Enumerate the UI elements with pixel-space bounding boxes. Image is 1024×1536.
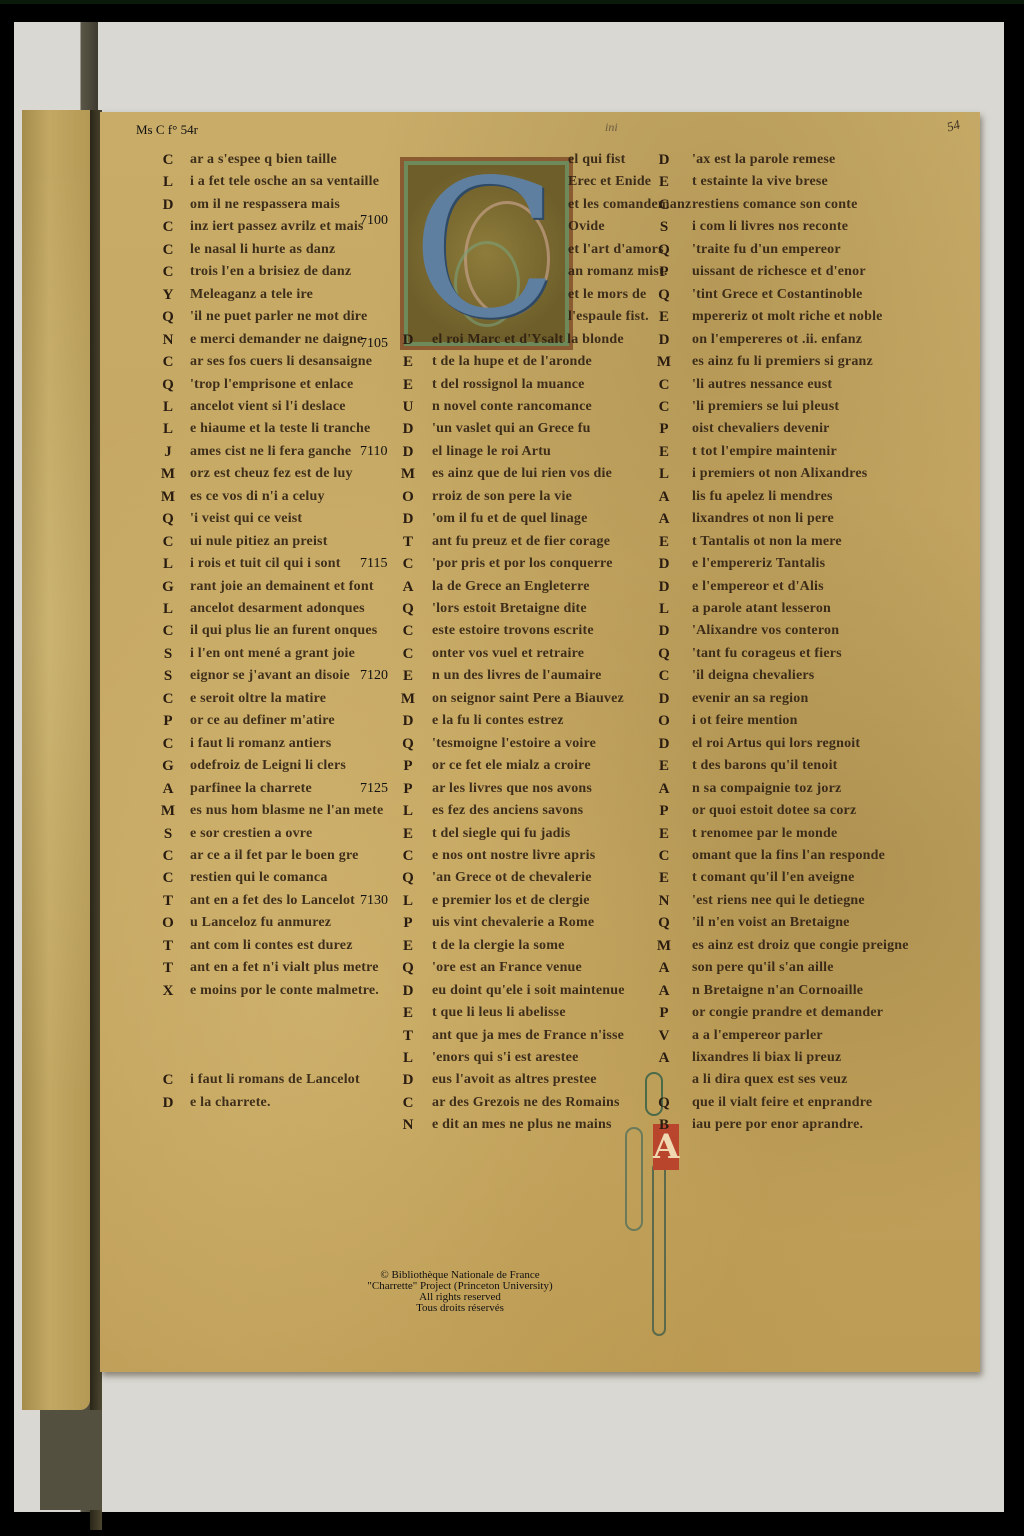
verse-text: el qui fist bbox=[568, 152, 625, 168]
verse-text: son pere qu'il s'an aille bbox=[692, 960, 834, 976]
verse-text: il qui plus lie an furent onques bbox=[190, 623, 377, 639]
verse-initial: C bbox=[160, 354, 176, 371]
verse-initial: C bbox=[160, 534, 176, 551]
verse-initial: A bbox=[400, 579, 416, 596]
verse-number: 7100 bbox=[360, 213, 388, 229]
verse-text: t del rossignol la muance bbox=[432, 377, 585, 393]
verse-text: e la fu li contes estrez bbox=[432, 713, 564, 729]
verse-initial: C bbox=[656, 197, 672, 214]
verse-initial: E bbox=[656, 534, 672, 551]
verse-initial: S bbox=[160, 826, 176, 843]
verse-text: el roi Marc et d'Ysalt la blonde bbox=[432, 332, 624, 348]
verse-text: 'ax est la parole remese bbox=[692, 152, 835, 168]
verse-text: et les comandemanz bbox=[568, 197, 691, 213]
verse-initial: E bbox=[400, 354, 416, 371]
verse-number: 7110 bbox=[360, 444, 387, 460]
verse-text: que il vialt feire et enprandre bbox=[692, 1095, 872, 1111]
verse-initial: Q bbox=[656, 287, 672, 304]
verse-initial: L bbox=[160, 174, 176, 191]
verse-text: uissant de richesce et d'enor bbox=[692, 264, 866, 280]
verse-number: 7120 bbox=[360, 668, 388, 684]
verse-text: lixandres ot non li pere bbox=[692, 511, 834, 527]
verse-text: eu doint qu'ele i soit maintenue bbox=[432, 983, 625, 999]
verse-text: 'ore est an France venue bbox=[432, 960, 582, 976]
verse-text: i a fet tele osche an sa ventaille bbox=[190, 174, 379, 190]
verse-text: 'an Grece ot de chevalerie bbox=[432, 870, 592, 886]
verse-text: es ainz est droiz que congie preigne bbox=[692, 938, 909, 954]
verse-text: este estoire trovons escrite bbox=[432, 623, 594, 639]
verse-text: restien qui le comanca bbox=[190, 870, 328, 886]
verse-initial: D bbox=[400, 444, 416, 461]
verse-text: ant com li contes est durez bbox=[190, 938, 353, 954]
gutter-shadow bbox=[40, 1410, 102, 1510]
verse-initial: L bbox=[160, 556, 176, 573]
verse-text: or ce fet ele mialz a croire bbox=[432, 758, 591, 774]
verse-text: el linage le roi Artu bbox=[432, 444, 551, 460]
verse-initial: J bbox=[160, 444, 176, 461]
verse-initial: Q bbox=[400, 601, 416, 618]
verse-initial: C bbox=[160, 219, 176, 236]
verse-number: 7105 bbox=[360, 336, 388, 352]
verse-text: an romanz mist. bbox=[568, 264, 668, 280]
verse-initial: Q bbox=[400, 736, 416, 753]
verse-text: i com li livres nos reconte bbox=[692, 219, 848, 235]
verse-text: e dit an mes ne plus ne mains bbox=[432, 1117, 612, 1133]
verse-initial: E bbox=[656, 826, 672, 843]
verse-text: ames cist ne li fera ganche bbox=[190, 444, 351, 460]
verse-initial: A bbox=[656, 781, 672, 798]
verse-initial: D bbox=[400, 1072, 416, 1089]
verse-text: es ce vos di n'i a celuy bbox=[190, 489, 325, 505]
verse-initial: C bbox=[160, 691, 176, 708]
copyright-notice: © Bibliothèque Nationale de France "Char… bbox=[340, 1270, 580, 1314]
verse-initial: E bbox=[656, 444, 672, 461]
verse-text: a a l'empereor parler bbox=[692, 1028, 823, 1044]
pen-flourish-icon bbox=[652, 1162, 666, 1336]
verse-text: parfinee la charrete bbox=[190, 781, 312, 797]
verse-text: inz iert passez avrilz et mais bbox=[190, 219, 364, 235]
verse-initial: E bbox=[656, 758, 672, 775]
verse-initial: Q bbox=[160, 309, 176, 326]
verse-text: i premiers ot non Alixandres bbox=[692, 466, 867, 482]
verse-text: omant que la fins l'an responde bbox=[692, 848, 885, 864]
verse-text: 'li autres nessance eust bbox=[692, 377, 832, 393]
verse-initial: D bbox=[160, 197, 176, 214]
verse-text: 'om il fu et de quel linage bbox=[432, 511, 588, 527]
verse-initial: C bbox=[656, 399, 672, 416]
verse-initial: L bbox=[400, 803, 416, 820]
verse-initial: G bbox=[160, 758, 176, 775]
verse-initial: V bbox=[656, 1028, 672, 1045]
verse-initial: N bbox=[400, 1117, 416, 1134]
verse-text: ui nule pitiez an preist bbox=[190, 534, 328, 550]
verse-initial: A bbox=[656, 960, 672, 977]
verse-text: ant en a fet n'i vialt plus metre bbox=[190, 960, 379, 976]
verse-initial: E bbox=[400, 938, 416, 955]
verse-text: n sa compaignie toz jorz bbox=[692, 781, 841, 797]
verse-text: ant en a fet des lo Lancelot bbox=[190, 893, 355, 909]
verse-initial: Q bbox=[400, 870, 416, 887]
verse-initial: A bbox=[656, 983, 672, 1000]
verse-text: es ainz fu li premiers si granz bbox=[692, 354, 873, 370]
verse-initial: N bbox=[656, 893, 672, 910]
verse-text: evenir an sa region bbox=[692, 691, 808, 707]
verse-initial: M bbox=[400, 691, 416, 708]
verse-initial: C bbox=[160, 736, 176, 753]
verse-text: ar a s'espee q bien taille bbox=[190, 152, 337, 168]
verse-initial: S bbox=[160, 668, 176, 685]
verse-text: 'tint Grece et Costantinoble bbox=[692, 287, 863, 303]
verse-text: trois l'en a brisiez de danz bbox=[190, 264, 351, 280]
verse-text: 'lors estoit Bretaigne dite bbox=[432, 601, 587, 617]
verse-initial: L bbox=[160, 399, 176, 416]
verse-text: or quoi estoit dotee sa corz bbox=[692, 803, 856, 819]
verse-text: e merci demander ne daigne bbox=[190, 332, 363, 348]
verse-text: es nus hom blasme ne l'an mete bbox=[190, 803, 383, 819]
verse-text: eignor se j'avant an disoie bbox=[190, 668, 350, 684]
verse-initial: C bbox=[656, 377, 672, 394]
verse-initial: L bbox=[160, 421, 176, 438]
verse-text: a li dira quex est ses veuz bbox=[692, 1072, 848, 1088]
verse-initial: C bbox=[400, 623, 416, 640]
verse-initial: T bbox=[160, 938, 176, 955]
verse-text: 'il n'en voist an Bretaigne bbox=[692, 915, 850, 931]
verse-text: Ovide bbox=[568, 219, 605, 235]
verse-initial: C bbox=[400, 646, 416, 663]
verse-initial: E bbox=[400, 377, 416, 394]
verse-text: ar les livres que nos avons bbox=[432, 781, 592, 797]
verse-text: or ce au definer m'atire bbox=[190, 713, 335, 729]
verse-initial: A bbox=[656, 511, 672, 528]
verse-initial: L bbox=[400, 1050, 416, 1067]
verse-text: a parole atant lesseron bbox=[692, 601, 831, 617]
verse-text: lixandres li biax li preuz bbox=[692, 1050, 841, 1066]
verse-initial: C bbox=[160, 870, 176, 887]
verse-number: 7115 bbox=[360, 556, 387, 572]
verse-initial: D bbox=[656, 556, 672, 573]
verse-text: e seroit oltre la matire bbox=[190, 691, 326, 707]
verse-text: t renomee par le monde bbox=[692, 826, 837, 842]
verse-initial: O bbox=[160, 915, 176, 932]
verse-text: et le mors de bbox=[568, 287, 646, 303]
verse-initial: T bbox=[400, 534, 416, 551]
verse-text: e moins por le conte malmetre. bbox=[190, 983, 379, 999]
top-edge bbox=[0, 0, 1024, 4]
verse-initial: L bbox=[160, 601, 176, 618]
verse-text: or congie prandre et demander bbox=[692, 1005, 883, 1021]
verse-text: t de la hupe et de l'aronde bbox=[432, 354, 592, 370]
credit-line: Tous droits réservés bbox=[340, 1303, 580, 1314]
verse-initial: M bbox=[160, 803, 176, 820]
verse-text: Erec et Enide bbox=[568, 174, 651, 190]
verse-text: orz est cheuz fez est de luy bbox=[190, 466, 353, 482]
verse-text: 'un vaslet qui an Grece fu bbox=[432, 421, 591, 437]
verse-text: t del siegle qui fu jadis bbox=[432, 826, 570, 842]
verse-initial: P bbox=[400, 915, 416, 932]
pen-flourish-icon bbox=[625, 1127, 643, 1231]
verse-text: 'i veist qui ce veist bbox=[190, 511, 302, 527]
verse-text: 'tant fu corageus et fiers bbox=[692, 646, 842, 662]
verse-initial: A bbox=[656, 489, 672, 506]
verse-initial: S bbox=[656, 219, 672, 236]
verse-initial: E bbox=[400, 668, 416, 685]
verse-initial: C bbox=[400, 1095, 416, 1112]
verse-initial: P bbox=[400, 781, 416, 798]
verse-initial: P bbox=[656, 803, 672, 820]
shelfmark-label: Ms C f° 54r bbox=[136, 122, 198, 138]
verse-initial: D bbox=[400, 713, 416, 730]
verse-text: 'il ne puet parler ne mot dire bbox=[190, 309, 367, 325]
verse-initial: C bbox=[656, 848, 672, 865]
verse-initial: C bbox=[160, 1072, 176, 1089]
verse-text: e sor crestien a ovre bbox=[190, 826, 312, 842]
verse-text: 'enors qui s'i est arestee bbox=[432, 1050, 578, 1066]
verse-initial: M bbox=[400, 466, 416, 483]
verse-text: e premier los et de clergie bbox=[432, 893, 590, 909]
verse-initial: M bbox=[656, 354, 672, 371]
verse-number: 7125 bbox=[360, 781, 388, 797]
verse-initial: Q bbox=[160, 511, 176, 528]
verse-text: on l'empereres ot .ii. enfanz bbox=[692, 332, 862, 348]
verse-initial: D bbox=[400, 421, 416, 438]
verse-text: t que li leus li abelisse bbox=[432, 1005, 566, 1021]
verse-initial: S bbox=[160, 646, 176, 663]
verse-text: 'tesmoigne l'estoire a voire bbox=[432, 736, 596, 752]
verse-initial: C bbox=[160, 623, 176, 640]
verse-text: n novel conte rancomance bbox=[432, 399, 592, 415]
verse-text: i ot feire mention bbox=[692, 713, 798, 729]
verse-text: t comant qu'il l'en aveigne bbox=[692, 870, 855, 886]
verse-text: 'est riens nee qui le detiegne bbox=[692, 893, 865, 909]
verse-initial: B bbox=[656, 1117, 672, 1134]
verse-text: restiens comance son conte bbox=[692, 197, 858, 213]
verse-text: ant fu preuz et de fier corage bbox=[432, 534, 610, 550]
verse-initial: M bbox=[656, 938, 672, 955]
verse-initial: C bbox=[656, 668, 672, 685]
verse-initial: A bbox=[160, 781, 176, 798]
verse-text: i faut li romanz antiers bbox=[190, 736, 331, 752]
verse-text: rant joie an demainent et font bbox=[190, 579, 374, 595]
verse-initial: Q bbox=[656, 1095, 672, 1112]
verse-text: le nasal li hurte as danz bbox=[190, 242, 335, 258]
verse-initial: T bbox=[160, 893, 176, 910]
verse-text: t estainte la vive brese bbox=[692, 174, 828, 190]
verse-initial: E bbox=[656, 870, 672, 887]
verse-text: 'Alixandre vos conteron bbox=[692, 623, 839, 639]
verse-text: on seignor saint Pere a Biauvez bbox=[432, 691, 624, 707]
verse-initial: D bbox=[400, 983, 416, 1000]
verse-initial: C bbox=[400, 848, 416, 865]
verse-text: n Bretaigne n'an Cornoaille bbox=[692, 983, 863, 999]
verse-initial: M bbox=[160, 466, 176, 483]
verse-text: 'il deigna chevaliers bbox=[692, 668, 814, 684]
previous-leaf-edge bbox=[22, 110, 90, 1410]
folio-number: 54 bbox=[945, 117, 962, 136]
verse-text: es ainz que de lui rien vos die bbox=[432, 466, 612, 482]
verse-text: la de Grece an Engleterre bbox=[432, 579, 590, 595]
verse-text: et l'art d'amors bbox=[568, 242, 664, 258]
verse-text: e hiaume et la teste li tranche bbox=[190, 421, 370, 437]
verse-initial: X bbox=[160, 983, 176, 1000]
verse-initial: D bbox=[160, 1095, 176, 1112]
verse-text: mpereriz ot molt riche et noble bbox=[692, 309, 883, 325]
verse-initial: T bbox=[400, 1028, 416, 1045]
verse-initial: C bbox=[160, 152, 176, 169]
verse-initial: D bbox=[656, 736, 672, 753]
verse-text: 'li premiers se lui pleust bbox=[692, 399, 839, 415]
verse-initial: E bbox=[400, 1005, 416, 1022]
verse-text: onter vos vuel et retraire bbox=[432, 646, 584, 662]
verse-initial: D bbox=[656, 152, 672, 169]
verse-initial: G bbox=[160, 579, 176, 596]
verse-text: e l'empereriz Tantalis bbox=[692, 556, 825, 572]
verse-initial: O bbox=[400, 489, 416, 506]
verse-initial: D bbox=[656, 332, 672, 349]
verse-initial: D bbox=[400, 511, 416, 528]
verse-initial: C bbox=[160, 242, 176, 259]
manuscript-page: Ms C f° 54r ini 54 C A Car a s'espee q b… bbox=[100, 112, 980, 1372]
verse-initial: D bbox=[656, 579, 672, 596]
verse-text: e l'empereor et d'Alis bbox=[692, 579, 824, 595]
verse-text: i rois et tuit cil qui i sont bbox=[190, 556, 341, 572]
verse-initial: Q bbox=[656, 646, 672, 663]
verse-text: e nos ont nostre livre apris bbox=[432, 848, 595, 864]
verse-text: oist chevaliers devenir bbox=[692, 421, 830, 437]
verse-initial: E bbox=[656, 174, 672, 191]
running-head: ini bbox=[605, 120, 618, 135]
verse-text: t Tantalis ot non la mere bbox=[692, 534, 842, 550]
verse-initial: M bbox=[160, 489, 176, 506]
verse-text: ar ce a il fet par le boen gre bbox=[190, 848, 359, 864]
verse-text: t de la clergie la some bbox=[432, 938, 565, 954]
verse-initial: O bbox=[656, 713, 672, 730]
verse-initial: D bbox=[400, 332, 416, 349]
verse-text: ar des Grezois ne des Romains bbox=[432, 1095, 620, 1111]
verse-text: t tot l'empire maintenir bbox=[692, 444, 837, 460]
verse-text: ant que ja mes de France n'isse bbox=[432, 1028, 624, 1044]
verse-text: uis vint chevalerie a Rome bbox=[432, 915, 594, 931]
verse-initial: A bbox=[656, 1050, 672, 1067]
verse-initial: Q bbox=[656, 242, 672, 259]
verse-text: n un des livres de l'aumaire bbox=[432, 668, 602, 684]
verse-text: 'por pris et por los conquerre bbox=[432, 556, 613, 572]
verse-initial: P bbox=[400, 758, 416, 775]
verse-text: iau pere por enor aprandre. bbox=[692, 1117, 863, 1133]
verse-initial: D bbox=[656, 691, 672, 708]
verse-initial: Q bbox=[400, 960, 416, 977]
verse-initial: C bbox=[400, 556, 416, 573]
verse-text: e la charrete. bbox=[190, 1095, 271, 1111]
verse-initial: C bbox=[160, 848, 176, 865]
verse-initial: L bbox=[400, 893, 416, 910]
verse-text: om il ne respassera mais bbox=[190, 197, 340, 213]
verse-text: 'traite fu d'un empereor bbox=[692, 242, 841, 258]
verse-text: t des barons qu'il tenoit bbox=[692, 758, 838, 774]
verse-text: u Lanceloz fu anmurez bbox=[190, 915, 331, 931]
verse-text: odefroiz de Leigni li clers bbox=[190, 758, 346, 774]
verse-initial: L bbox=[656, 466, 672, 483]
verse-text: ancelot vient si l'i deslace bbox=[190, 399, 346, 415]
verse-text: el roi Artus qui lors regnoit bbox=[692, 736, 860, 752]
verse-text: eus l'avoit as altres prestee bbox=[432, 1072, 597, 1088]
verse-number: 7130 bbox=[360, 893, 388, 909]
verse-text: ancelot desarment adonques bbox=[190, 601, 365, 617]
verse-initial: P bbox=[656, 264, 672, 281]
verse-initial: D bbox=[656, 623, 672, 640]
verse-text: i faut li romans de Lancelot bbox=[190, 1072, 360, 1088]
verse-text: rroiz de son pere la vie bbox=[432, 489, 572, 505]
verse-text: 'trop l'emprisone et enlace bbox=[190, 377, 353, 393]
verse-text: es fez des anciens savons bbox=[432, 803, 583, 819]
verse-initial: N bbox=[160, 332, 176, 349]
verse-initial: T bbox=[160, 960, 176, 977]
verse-initial: P bbox=[656, 421, 672, 438]
verse-initial: U bbox=[400, 399, 416, 416]
verse-initial: Y bbox=[160, 287, 176, 304]
verse-initial: L bbox=[656, 601, 672, 618]
illuminated-letter: C bbox=[412, 155, 557, 345]
verse-text: ar ses fos cuers li desansaigne bbox=[190, 354, 372, 370]
verse-initial: E bbox=[656, 309, 672, 326]
verse-text: l'espaule fist. bbox=[568, 309, 649, 325]
verse-initial: E bbox=[400, 826, 416, 843]
verse-initial: C bbox=[160, 264, 176, 281]
verse-text: Meleaganz a tele ire bbox=[190, 287, 313, 303]
verse-initial: Q bbox=[656, 915, 672, 932]
verse-initial: P bbox=[160, 713, 176, 730]
illuminated-initial: C bbox=[400, 157, 573, 350]
verse-initial: P bbox=[656, 1005, 672, 1022]
verse-text: lis fu apelez li mendres bbox=[692, 489, 833, 505]
verse-text: i l'en ont mené a grant joie bbox=[190, 646, 355, 662]
verse-initial: Q bbox=[160, 377, 176, 394]
